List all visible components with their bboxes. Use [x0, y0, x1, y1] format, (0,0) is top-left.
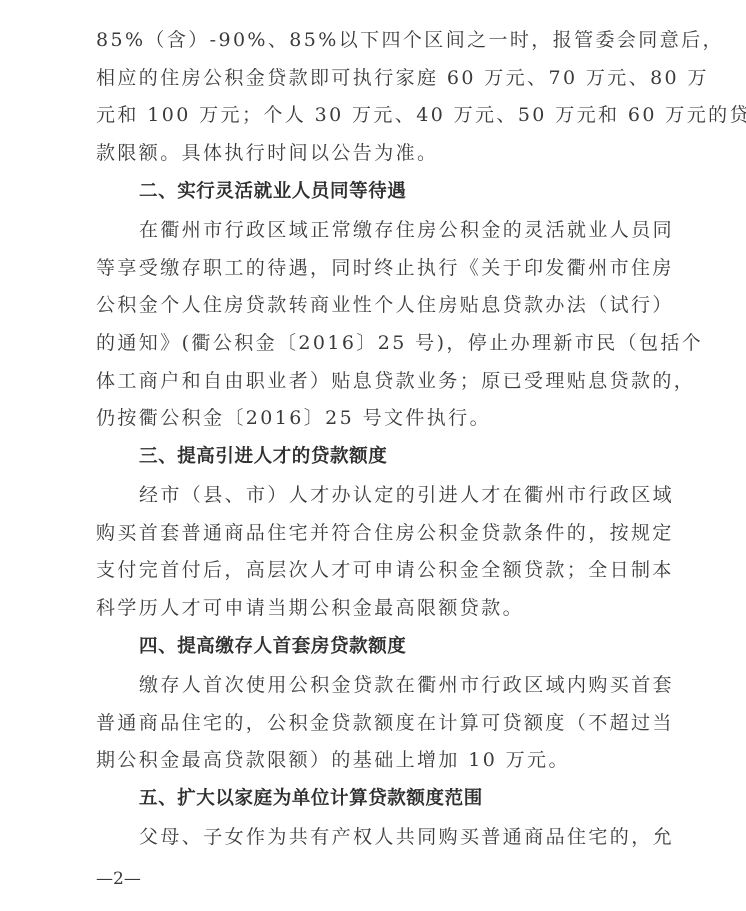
paragraph-line: 仍按衢公积金〔2016〕25 号文件执行。	[96, 406, 660, 430]
section-heading-5: 五、扩大以家庭为单位计算贷款额度范围	[139, 787, 483, 811]
paragraph-line: 85%（含）-90%、85%以下四个区间之一时，报管委会同意后，	[96, 28, 660, 52]
section-heading-3: 三、提高引进人才的贷款额度	[139, 445, 387, 469]
paragraph-line: 购买首套普通商品住宅并符合住房公积金贷款条件的，按规定	[96, 521, 660, 545]
paragraph-line: 公积金个人住房贷款转商业性个人住房贴息贷款办法（试行）	[96, 293, 660, 317]
document-page: 85%（含）-90%、85%以下四个区间之一时，报管委会同意后， 相应的住房公积…	[0, 0, 746, 911]
paragraph-line: 经市（县、市）人才办认定的引进人才在衢州市行政区域	[139, 483, 660, 507]
paragraph-line: 缴存人首次使用公积金贷款在衢州市行政区域内购买首套	[139, 673, 660, 697]
paragraph-line: 相应的住房公积金贷款即可执行家庭 60 万元、70 万元、80 万	[96, 66, 660, 90]
paragraph-line: 普通商品住宅的，公积金贷款额度在计算可贷额度（不超过当	[96, 711, 660, 735]
page-number: —2—	[96, 869, 141, 889]
section-heading-4: 四、提高缴存人首套房贷款额度	[139, 635, 406, 659]
paragraph-line: 父母、子女作为共有产权人共同购买普通商品住宅的，允	[139, 825, 660, 849]
section-heading-2: 二、实行灵活就业人员同等待遇	[139, 180, 406, 204]
paragraph-line: 科学历人才可申请当期公积金最高限额贷款。	[96, 596, 660, 620]
paragraph-line: 的通知》(衢公积金〔2016〕25 号)，停止办理新市民（包括个	[96, 331, 660, 355]
paragraph-line: 等享受缴存职工的待遇，同时终止执行《关于印发衢州市住房	[96, 256, 660, 280]
paragraph-line: 体工商户和自由职业者）贴息贷款业务；原已受理贴息贷款的，	[96, 369, 660, 393]
paragraph-line: 期公积金最高贷款限额）的基础上增加 10 万元。	[96, 748, 660, 772]
paragraph-line: 款限额。具体执行时间以公告为准。	[96, 141, 660, 165]
paragraph-line: 在衢州市行政区域正常缴存住房公积金的灵活就业人员同	[139, 218, 660, 242]
paragraph-line: 支付完首付后，高层次人才可申请公积金全额贷款；全日制本	[96, 558, 660, 582]
paragraph-line: 元和 100 万元；个人 30 万元、40 万元、50 万元和 60 万元的贷	[96, 103, 660, 127]
